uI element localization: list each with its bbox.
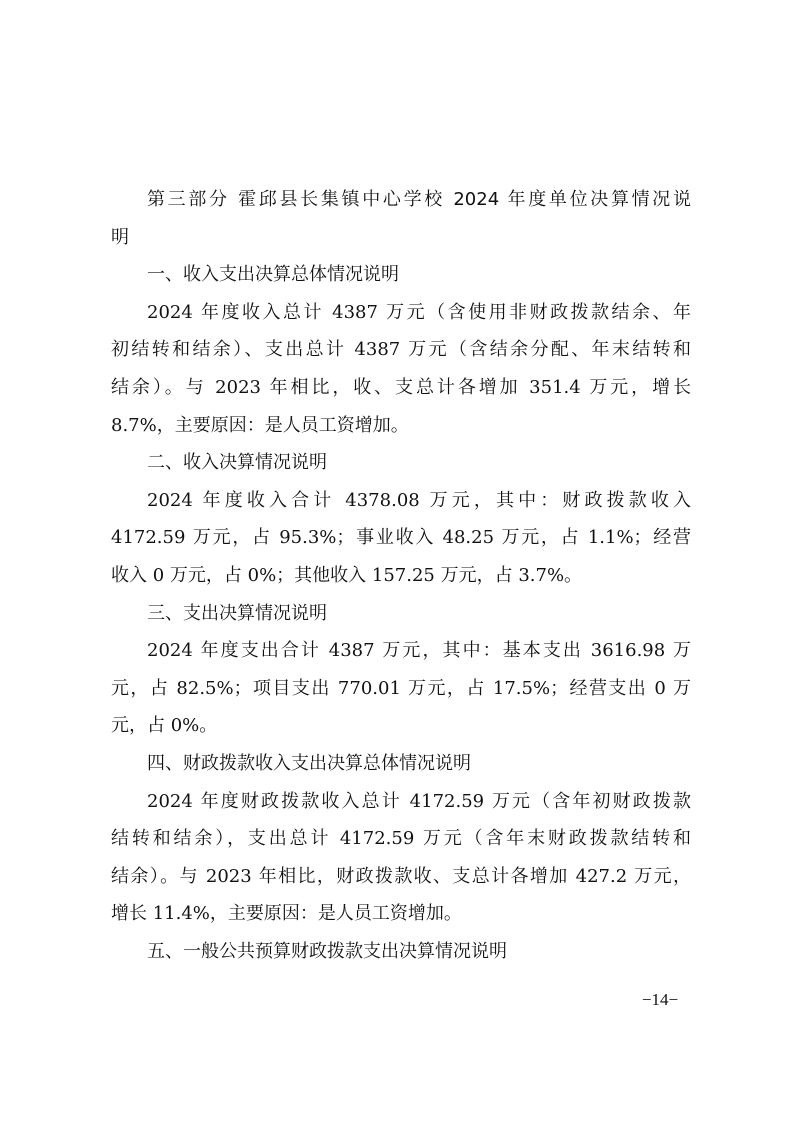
section-2-heading: 二、收入决算情况说明	[111, 444, 691, 482]
document-page: 第三部分 霍邱县长集镇中心学校 2024 年度单位决算情况说 明 一、收入支出决…	[111, 181, 691, 970]
section-1-para-line: 2024 年度收入总计 4387 万元（含使用非财政拨款结余、年	[111, 294, 691, 332]
section-3-para-line: 2024 年度支出合计 4387 万元，其中：基本支出 3616.98 万	[111, 632, 691, 670]
section-2-para-line: 2024 年度收入合计 4378.08 万元，其中：财政拨款收入	[111, 482, 691, 520]
section-3-para-line: 元，占 0%。	[111, 707, 691, 745]
title-line-2: 明	[111, 219, 691, 257]
title-line-1: 第三部分 霍邱县长集镇中心学校 2024 年度单位决算情况说	[111, 181, 691, 219]
section-1-para-line: 结余）。与 2023 年相比，收、支总计各增加 351.4 万元，增长	[111, 369, 691, 407]
section-4-para-line: 增长 11.4%，主要原因：是人员工资增加。	[111, 895, 691, 933]
section-4-para-line: 结转和结余），支出总计 4172.59 万元（含年末财政拨款结转和	[111, 820, 691, 858]
section-1-para-line: 8.7%，主要原因：是人员工资增加。	[111, 407, 691, 445]
section-4-para-line: 结余）。与 2023 年相比，财政拨款收、支总计各增加 427.2 万元，	[111, 858, 691, 896]
section-1-heading: 一、收入支出决算总体情况说明	[111, 256, 691, 294]
section-1-para-line: 初结转和结余）、支出总计 4387 万元（含结余分配、年末结转和	[111, 331, 691, 369]
section-5-heading: 五、一般公共预算财政拨款支出决算情况说明	[111, 933, 691, 971]
page-number: −14−	[600, 990, 720, 1010]
section-4-heading: 四、财政拨款收入支出决算总体情况说明	[111, 745, 691, 783]
section-2-para-line: 4172.59 万元，占 95.3%；事业收入 48.25 万元，占 1.1%；…	[111, 519, 691, 557]
section-3-heading: 三、支出决算情况说明	[111, 595, 691, 633]
section-4-para-line: 2024 年度财政拨款收入总计 4172.59 万元（含年初财政拨款	[111, 783, 691, 821]
section-3-para-line: 元，占 82.5%；项目支出 770.01 万元，占 17.5%；经营支出 0 …	[111, 670, 691, 708]
section-2-para-line: 收入 0 万元，占 0%；其他收入 157.25 万元，占 3.7%。	[111, 557, 691, 595]
